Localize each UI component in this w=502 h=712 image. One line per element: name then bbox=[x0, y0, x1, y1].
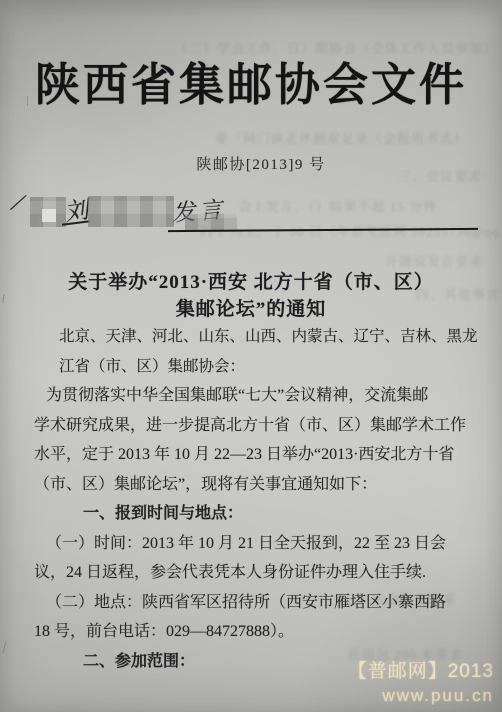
handwritten-slash-mark: ∕ bbox=[13, 188, 23, 218]
body-line: （二）地点：陕西省军区招待所（西安市雁塔区小寨西路 bbox=[34, 588, 476, 618]
section-heading: 一、报到时间与地点： bbox=[34, 499, 476, 529]
addressee-line: 江省（市、区）集邮协会： bbox=[59, 352, 476, 382]
redaction-mosaic bbox=[30, 197, 66, 227]
redaction-mosaic-highlight bbox=[42, 209, 56, 222]
notice-title-line1: 关于举办“2013·西安 北方十省（市、区） bbox=[0, 269, 502, 296]
bleedthrough-text: 会上发言，（）结果不超 15 分钟 bbox=[238, 196, 437, 215]
body-line: 学术研究成果，进一步提高北方十省（市、区）集邮学术工作 bbox=[34, 411, 476, 441]
body-line: 议，24 日返程，参会代表凭本人身份证件办理入住手续. bbox=[34, 558, 476, 588]
watermark-site-url: www.puu.cn bbox=[348, 686, 494, 706]
document-photo: （二）学会工作，日）期协会（全体工作人员参加） 要「阿门执正休假双足录（会报用书… bbox=[0, 0, 502, 712]
stray-mark bbox=[27, 96, 28, 106]
bleedthrough-text: 要「阿门执正休假双足录（会报用书式） bbox=[215, 128, 467, 147]
notice-body: 北京、天津、河北、山东、山西、内蒙古、辽宁、吉林、黑龙 江省（市、区）集邮协会：… bbox=[34, 322, 476, 676]
letterhead-title: 陕西省集邮协会文件 bbox=[0, 48, 502, 113]
body-line: （市、区）集邮论坛”，现将有关事宜通知如下： bbox=[34, 470, 476, 500]
body-line: （一）时间：2013 年 10 月 21 日全天报到，22 至 23 日会 bbox=[34, 529, 476, 559]
body-line: 水平，定于 2013 年 10 月 22—23 日举办“2013·西安北方十省 bbox=[34, 440, 476, 470]
notice-title: 关于举办“2013·西安 北方十省（市、区） 集邮论坛”的通知 bbox=[0, 269, 502, 323]
body-line: 18 号，前台电话：029—84727888）。 bbox=[34, 617, 476, 647]
redaction-mosaic bbox=[185, 214, 237, 231]
bleedthrough-text: 开随说发言要求 bbox=[385, 251, 483, 270]
notice-title-line2: 集邮论坛”的通知 bbox=[0, 296, 502, 323]
document-number: 陕邮协[2013]9 号 bbox=[10, 153, 502, 174]
redaction-mosaic bbox=[88, 196, 174, 227]
stray-mark bbox=[3, 641, 7, 653]
watermark-site-name: 【普邮网】2013 bbox=[348, 656, 494, 683]
site-watermark: 【普邮网】2013 www.puu.cn bbox=[348, 656, 494, 706]
addressee-line: 北京、天津、河北、山东、山西、内蒙古、辽宁、吉林、黑龙 bbox=[59, 322, 476, 352]
body-line: 为贯彻落实中华全国集邮联“七大”会议精神，交流集邮 bbox=[34, 381, 476, 411]
